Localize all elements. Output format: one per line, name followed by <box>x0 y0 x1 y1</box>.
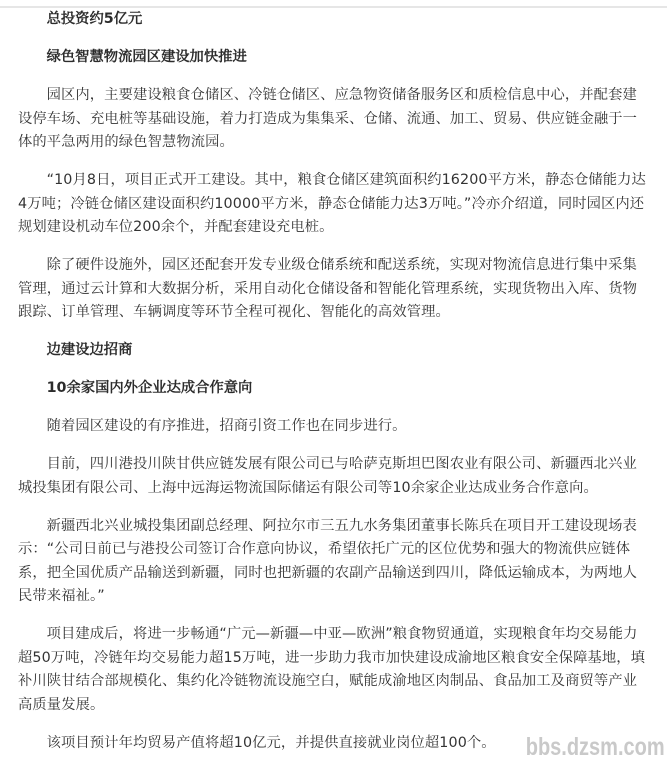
article-body: 总投资约5亿元 绿色智慧物流园区建设加快推进 园区内，主要建设粮食仓储区、冷链仓… <box>18 8 646 755</box>
section-heading-investment: 总投资约5亿元 <box>18 8 646 32</box>
paragraph-construction-start: “10月8日，项目正式开工建设。其中，粮食仓储区建筑面积约16200平方米，静态… <box>18 169 646 240</box>
section-heading-investment-attraction: 边建设边招商 <box>18 339 646 363</box>
paragraph-progress: 随着园区建设的有序推进，招商引资工作也在同步进行。 <box>18 415 646 439</box>
watermark: bbs.dzsm.com <box>526 733 665 762</box>
paragraph-outcomes: 项目建成后，将进一步畅通“广元—新疆—中亚—欧洲”粮食物贸通道，实现粮食年均交易… <box>18 623 646 717</box>
section-heading-green-logistics: 绿色智慧物流园区建设加快推进 <box>18 46 646 70</box>
paragraph-park-overview: 园区内，主要建设粮食仓储区、冷链仓储区、应急物资储备服务区和质检信息中心，并配套… <box>18 84 646 155</box>
paragraph-partner-companies: 目前，四川港投川陕甘供应链发展有限公司已与哈萨克斯坦巴图农业有限公司、新疆西北兴… <box>18 453 646 500</box>
section-heading-cooperation-intent: 10余家国内外企业达成合作意向 <box>18 377 646 401</box>
paragraph-quote: 新疆西北兴业城投集团副总经理、阿拉尔市三五九水务集团董事长陈兵在项目开工建设现场… <box>18 515 646 609</box>
paragraph-software-systems: 除了硬件设施外，园区还配套开发专业级仓储系统和配送系统，实现对物流信息进行集中采… <box>18 254 646 325</box>
